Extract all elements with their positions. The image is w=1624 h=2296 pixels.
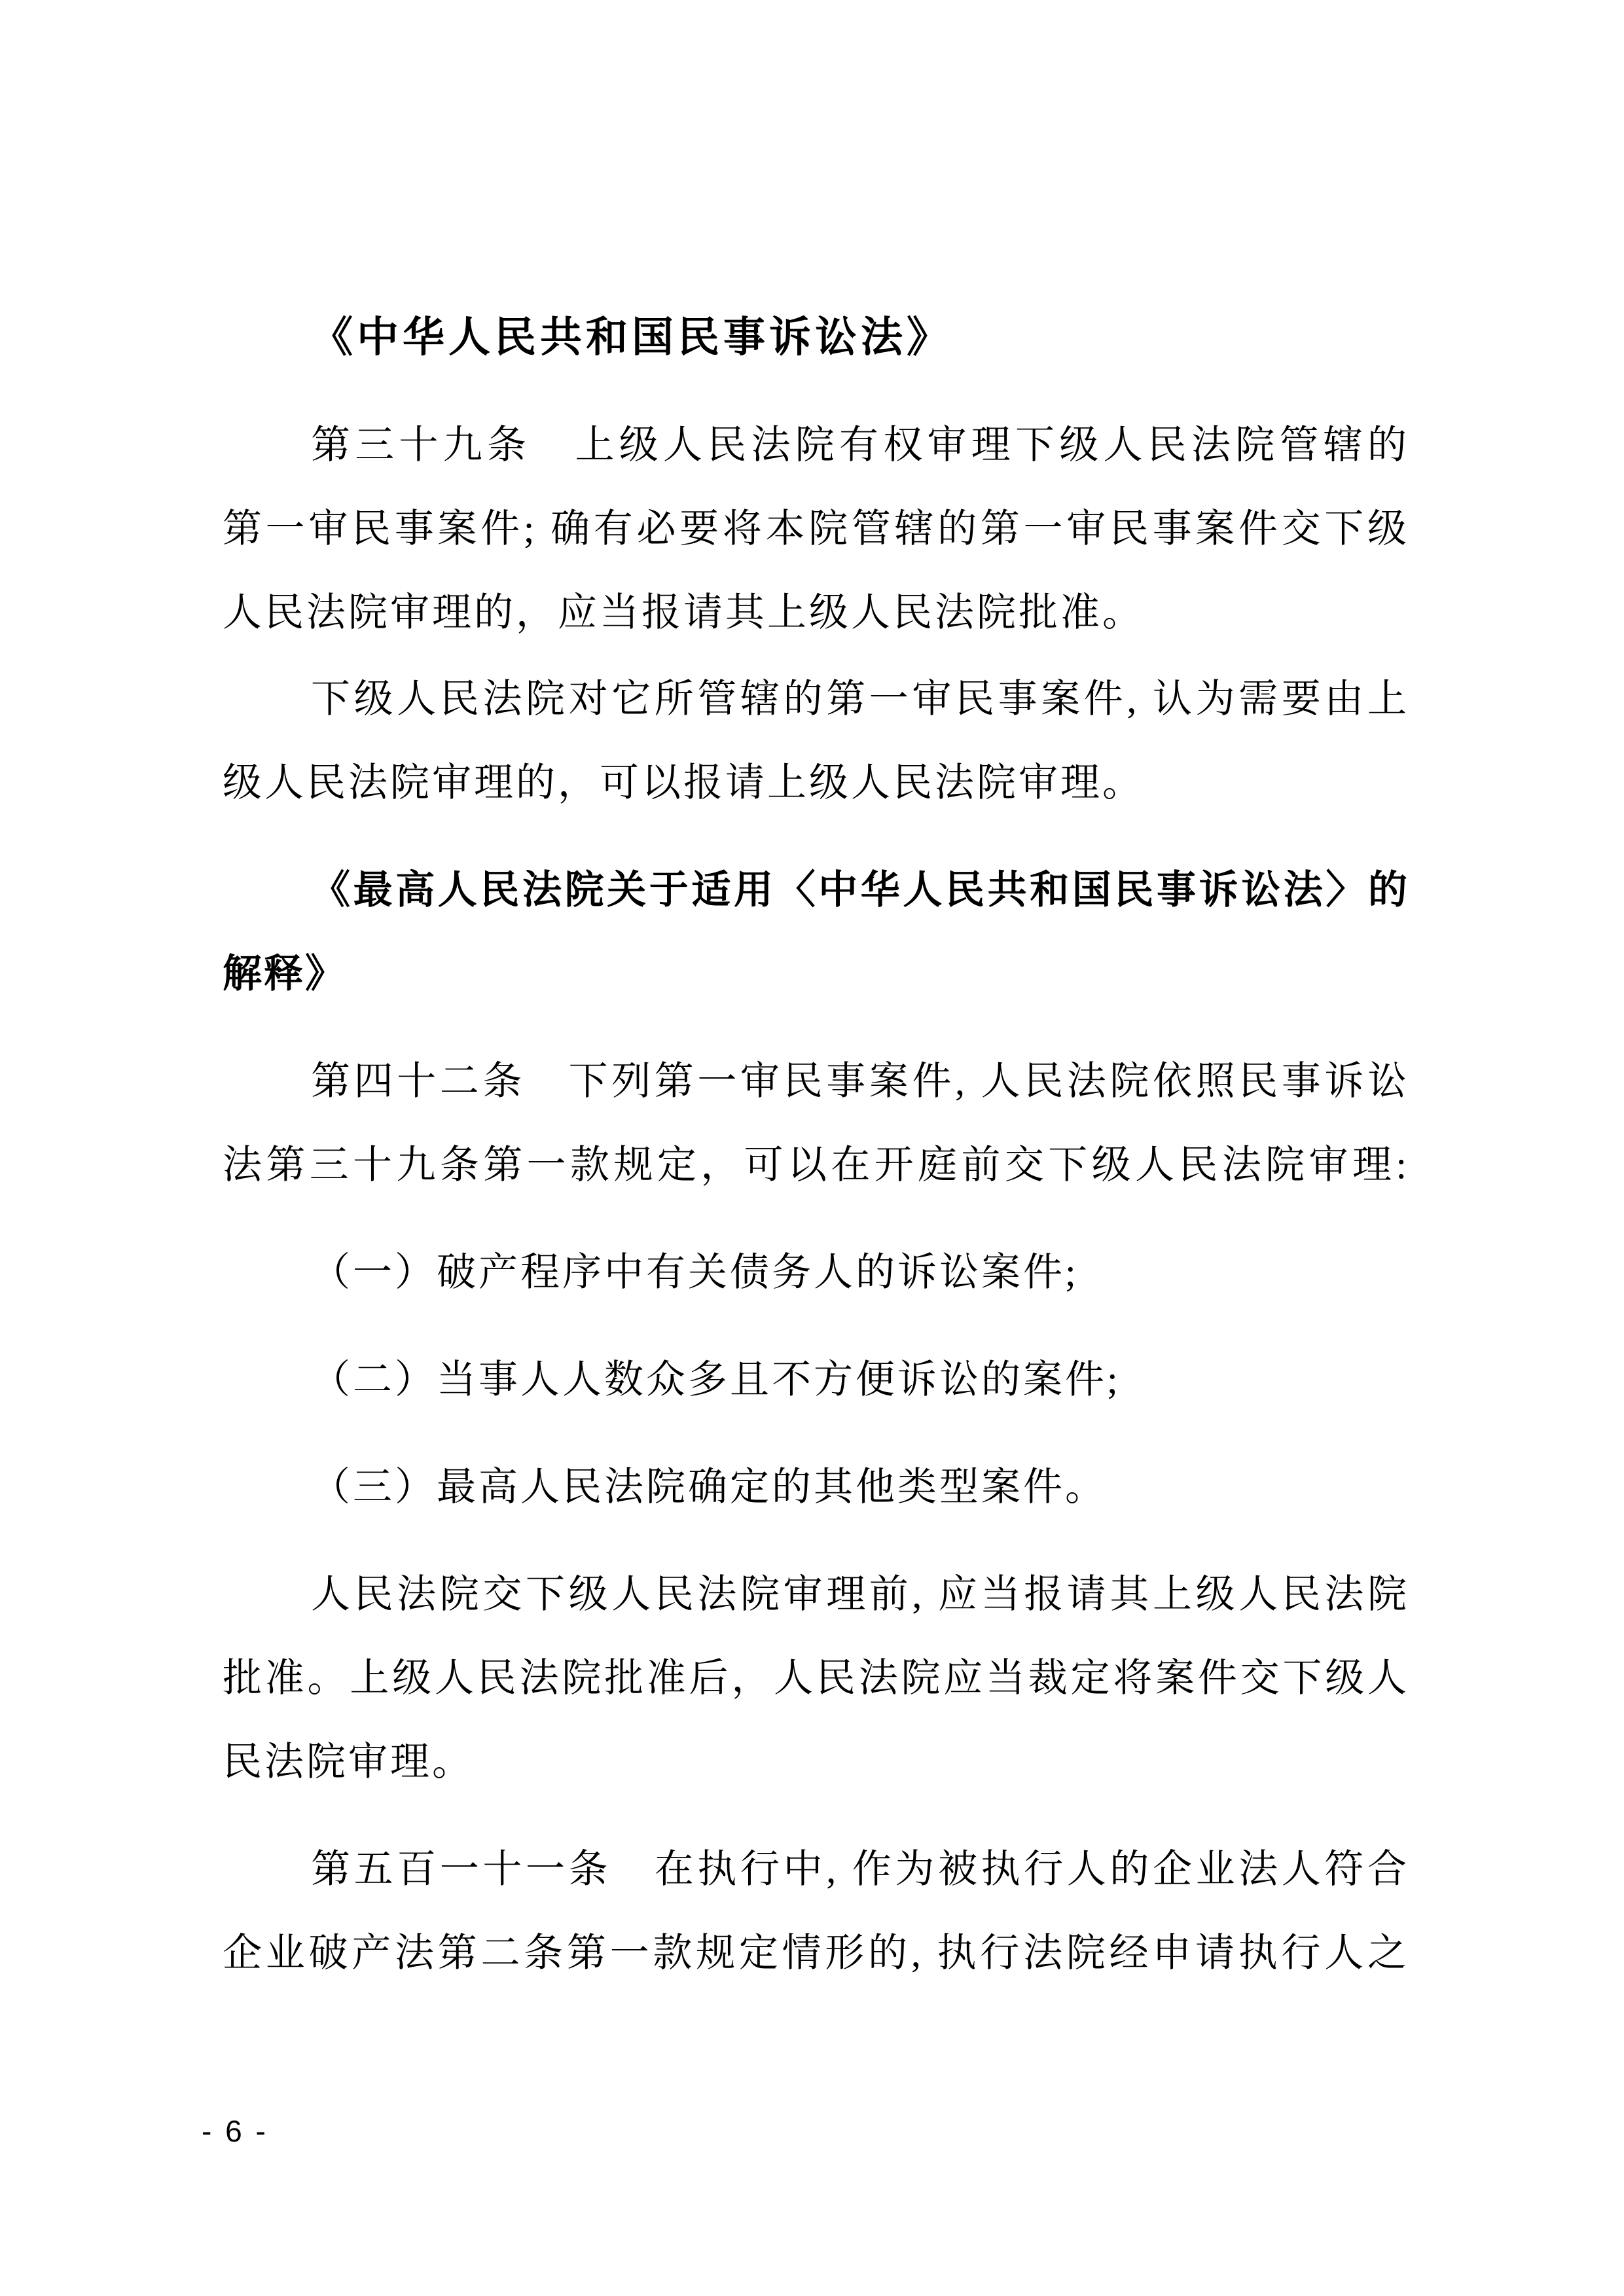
list-item-3: （三）最高人民法院确定的其他类型案件。	[223, 1445, 1409, 1529]
interpretation-title-heading: 《最高人民法院关于适用〈中华人民共和国民事诉讼法〉的 解释》	[223, 848, 1409, 1016]
page-number: - 6 -	[202, 2111, 268, 2151]
document-page: 《中华人民共和国民事诉讼法》 第三十九条 上级人民法院有权审理下级人民法院管辖的…	[0, 0, 1624, 2296]
heading-line: 《最高人民法院关于适用〈中华人民共和国民事诉讼法〉的	[223, 848, 1409, 932]
text-line: （二）当事人人数众多且不方便诉讼的案件;	[223, 1338, 1409, 1422]
text-line: （一）破产程序中有关债务人的诉讼案件;	[223, 1230, 1409, 1314]
text-line: 人民法院交下级人民法院审理前, 应当报请其上级人民法院	[223, 1552, 1409, 1636]
text-line: 级人民法院审理的，可以报请上级人民法院审理。	[223, 741, 1409, 825]
text-line: 第一审民事案件; 确有必要将本院管辖的第一审民事案件交下级	[223, 487, 1409, 571]
law-title-heading: 《中华人民共和国民事诉讼法》	[223, 296, 1409, 380]
text-line: 批准。上级人民法院批准后，人民法院应当裁定将案件交下级人	[223, 1636, 1409, 1720]
text-line: 人民法院审理的，应当报请其上级人民法院批准。	[223, 571, 1409, 655]
text-line: 企业破产法第二条第一款规定情形的, 执行法院经申请执行人之	[223, 1911, 1409, 1995]
text-line: （三）最高人民法院确定的其他类型案件。	[223, 1445, 1409, 1529]
text-line: 民法院审理。	[223, 1720, 1409, 1804]
text-line: 第四十二条 下列第一审民事案件, 人民法院依照民事诉讼	[223, 1039, 1409, 1123]
heading-line: 《中华人民共和国民事诉讼法》	[223, 296, 1409, 380]
text-line: 第五百一十一条 在执行中, 作为被执行人的企业法人符合	[223, 1827, 1409, 1911]
list-item-2: （二）当事人人数众多且不方便诉讼的案件;	[223, 1338, 1409, 1422]
approval-paragraph: 人民法院交下级人民法院审理前, 应当报请其上级人民法院 批准。上级人民法院批准后…	[223, 1552, 1409, 1804]
text-line: 法第三十九条第一款规定，可以在开庭前交下级人民法院审理:	[223, 1123, 1409, 1207]
article-42-paragraph: 第四十二条 下列第一审民事案件, 人民法院依照民事诉讼 法第三十九条第一款规定，…	[223, 1039, 1409, 1207]
document-body: 《中华人民共和国民事诉讼法》 第三十九条 上级人民法院有权审理下级人民法院管辖的…	[223, 296, 1409, 1995]
article-39-paragraph: 第三十九条 上级人民法院有权审理下级人民法院管辖的 第一审民事案件; 确有必要将…	[223, 403, 1409, 655]
heading-line: 解释》	[223, 932, 1409, 1016]
text-line: 下级人民法院对它所管辖的第一审民事案件, 认为需要由上	[223, 657, 1409, 741]
article-39-clause-2-paragraph: 下级人民法院对它所管辖的第一审民事案件, 认为需要由上 级人民法院审理的，可以报…	[223, 657, 1409, 825]
text-line: 第三十九条 上级人民法院有权审理下级人民法院管辖的	[223, 403, 1409, 487]
list-item-1: （一）破产程序中有关债务人的诉讼案件;	[223, 1230, 1409, 1314]
article-511-paragraph: 第五百一十一条 在执行中, 作为被执行人的企业法人符合 企业破产法第二条第一款规…	[223, 1827, 1409, 1995]
